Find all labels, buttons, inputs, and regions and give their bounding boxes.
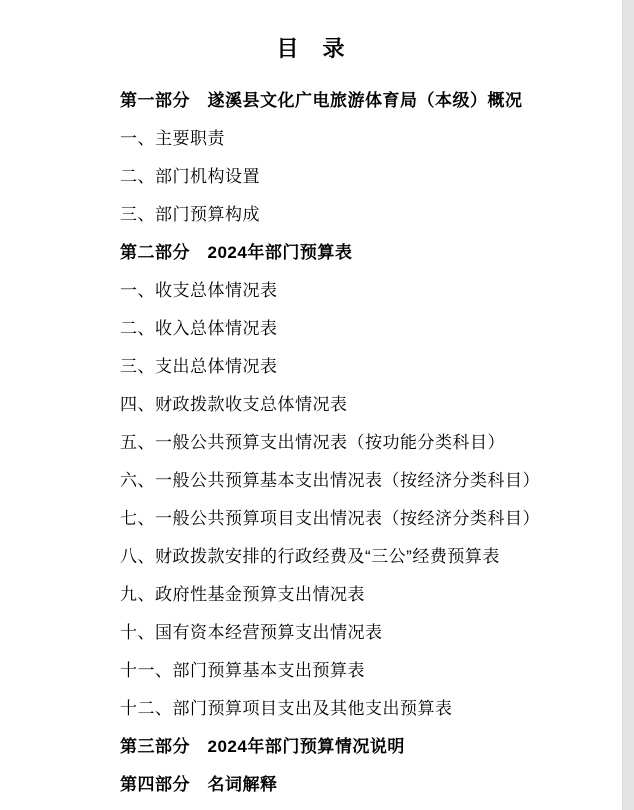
toc-section-heading: 第四部分 名词解释 (0, 766, 622, 804)
toc-item: 一、收支总体情况表 (0, 272, 622, 310)
toc-section-heading: 第二部分 2024年部门预算表 (0, 234, 622, 272)
toc-list: 第一部分 遂溪县文化广电旅游体育局（本级）概况一、主要职责二、部门机构设置三、部… (0, 82, 622, 804)
toc-item: 六、一般公共预算基本支出情况表（按经济分类科目） (0, 462, 622, 500)
toc-item: 二、收入总体情况表 (0, 310, 622, 348)
toc-item: 三、支出总体情况表 (0, 348, 622, 386)
toc-item: 十、国有资本经营预算支出情况表 (0, 614, 622, 652)
toc-title: 目 录 (0, 36, 622, 62)
toc-item: 十一、部门预算基本支出预算表 (0, 652, 622, 690)
toc-item: 四、财政拨款收支总体情况表 (0, 386, 622, 424)
toc-item: 七、一般公共预算项目支出情况表（按经济分类科目） (0, 500, 622, 538)
page-edge-background (622, 0, 634, 810)
toc-item: 八、财政拨款安排的行政经费及“三公”经费预算表 (0, 538, 622, 576)
toc-item: 三、部门预算构成 (0, 196, 622, 234)
toc-item: 五、一般公共预算支出情况表（按功能分类科目） (0, 424, 622, 462)
toc-item: 十二、部门预算项目支出及其他支出预算表 (0, 690, 622, 728)
toc-item: 一、主要职责 (0, 120, 622, 158)
toc-item: 二、部门机构设置 (0, 158, 622, 196)
toc-section-heading: 第三部分 2024年部门预算情况说明 (0, 728, 622, 766)
toc-section-heading: 第一部分 遂溪县文化广电旅游体育局（本级）概况 (0, 82, 622, 120)
document-page: 目 录 第一部分 遂溪县文化广电旅游体育局（本级）概况一、主要职责二、部门机构设… (0, 0, 622, 810)
toc-item: 九、政府性基金预算支出情况表 (0, 576, 622, 614)
